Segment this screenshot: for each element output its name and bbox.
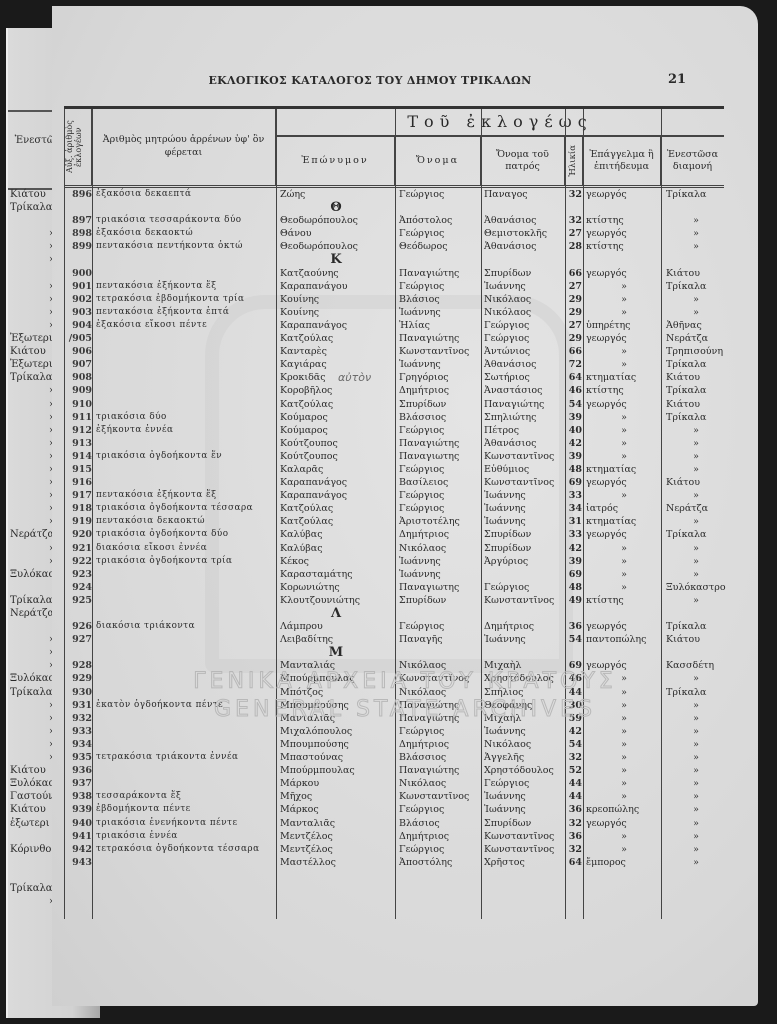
table-row: 921διακόσια εἴκοσι ἐννέαΚαλύβαςΝικόλαοςΣ… — [64, 542, 724, 555]
table-row: 937ΜάρκουΝικόλαοςΓεώργιος44»» — [64, 777, 724, 790]
surname-cell: Λάμπρου — [278, 620, 396, 633]
surname-cell: Κροκιδᾶς — [278, 371, 396, 384]
registry-number-words: ἑξήκοντα ἐννέα — [96, 424, 276, 437]
serial-number: 925 — [64, 594, 92, 607]
header-voter-group: Τοῦ ἐκλογέως — [276, 109, 724, 137]
table-row: 934ΜπουμπούσηςΔημήτριοςΝικόλαος54»» — [64, 738, 724, 751]
column-rule — [276, 109, 277, 919]
age-cell: 33 — [566, 528, 582, 541]
age-cell: 54 — [566, 633, 582, 646]
father-name-cell: Σπυρίδων — [482, 267, 566, 280]
first-name-cell: Θεόδωρος — [397, 240, 483, 253]
residence-cell: » — [664, 843, 726, 856]
registry-number-words: πεντακόσια ἑξήκοντα ἕξ — [96, 489, 276, 502]
first-name-cell: Σπυρίδων — [397, 594, 483, 607]
surname-cell: Θεοδωρόπουλος — [278, 240, 396, 253]
first-name-cell: Παναγιώτης — [397, 699, 483, 712]
surname-cell: Μπούρμπουλας — [278, 764, 396, 777]
column-rule — [92, 109, 93, 919]
table-row: 929ΜπούρμπουλαςΚωνσταντῖνοςΧρηστόδουλος4… — [64, 672, 724, 685]
occupation-cell: » — [584, 358, 662, 371]
age-cell: 34 — [566, 502, 582, 515]
serial-number: 901 — [64, 280, 92, 293]
residence-cell: » — [664, 555, 726, 568]
father-name-cell: Σπυρίδων — [482, 528, 566, 541]
father-name-cell: Ἀθανάσιος — [482, 240, 566, 253]
table-row: 900ΚατζαούνηςΠαναγιώτηςΣπυρίδων66γεωργός… — [64, 267, 724, 280]
serial-number: 942 — [64, 843, 92, 856]
first-name-cell: Ἀποστόλης — [397, 856, 483, 869]
surname-cell: Μπαστούνας — [278, 751, 396, 764]
occupation-cell: γεωργός — [584, 188, 662, 201]
first-name-cell: Παναγιώτης — [397, 332, 483, 345]
surname-cell: Κατζούλας — [278, 502, 396, 515]
age-cell: 27 — [566, 319, 582, 332]
alphabet-section-marker: Μ — [64, 646, 724, 659]
serial-number: 929 — [64, 672, 92, 685]
table-row: 939ἑβδομήκοντα πέντεΜάρκοςΓεώργιοςἸωάννη… — [64, 803, 724, 816]
serial-number: 943 — [64, 856, 92, 869]
serial-number: 927 — [64, 633, 92, 646]
occupation-cell: γεωργός — [584, 528, 662, 541]
serial-number: 933 — [64, 725, 92, 738]
table-row: 912ἑξήκοντα ἐννέαΚούμαροςΓεώργιοςΠέτρος4… — [64, 424, 724, 437]
serial-number: 938 — [64, 790, 92, 803]
residence-cell: » — [664, 777, 726, 790]
residence-cell: » — [664, 489, 726, 502]
age-cell: 39 — [566, 450, 582, 463]
column-rule — [481, 109, 482, 919]
surname-cell: Καλαρᾶς — [278, 463, 396, 476]
section-letter: Λ — [278, 607, 394, 620]
occupation-cell: » — [584, 437, 662, 450]
serial-number: 922 — [64, 555, 92, 568]
occupation-cell: » — [584, 450, 662, 463]
header-serial-label: Αὐξ. ἀριθμὸς ἐκλογέων — [65, 109, 83, 185]
age-cell: 32 — [566, 214, 582, 227]
occupation-cell: παντοπώλης — [584, 633, 662, 646]
occupation-cell: » — [584, 411, 662, 424]
registry-number-words: πεντακόσια ἑξήκοντα ἕξ — [96, 280, 276, 293]
father-name-cell: Σπυρίδων — [482, 817, 566, 830]
occupation-cell: γεωργός — [584, 267, 662, 280]
first-name-cell: Γεώργιος — [397, 463, 483, 476]
table-row: 910ΚατζούλαςΣπυρίδωνΠαναγιώτης54γεωργόςΚ… — [64, 398, 724, 411]
first-name-cell: Γεώργιος — [397, 843, 483, 856]
residence-cell: » — [664, 568, 726, 581]
age-cell: 42 — [566, 437, 582, 450]
first-name-cell: Γεώργιος — [397, 489, 483, 502]
occupation-cell: γεωργός — [584, 659, 662, 672]
serial-number: 908 — [64, 371, 92, 384]
residence-cell: Κιάτου — [664, 633, 726, 646]
registry-number-words: τριακόσια δύο — [96, 411, 276, 424]
serial-number: /905 — [64, 332, 92, 345]
table-row: 899πεντακόσια πεντήκοντα ὀκτώΘεοδωρόπουλ… — [64, 240, 724, 253]
father-name-cell: Ἀθανάσιος — [482, 437, 566, 450]
residence-cell: Κιάτου — [664, 398, 726, 411]
father-name-cell: Ἰωάννης — [482, 790, 566, 803]
first-name-cell: Παναγιωτης — [397, 450, 483, 463]
first-name-cell: Βλάσσιος — [397, 751, 483, 764]
residence-cell: Τρίκαλα — [664, 188, 726, 201]
father-name-cell: Δημήτριος — [482, 620, 566, 633]
registry-number-words: τριακόσια ἐνενήκοντα πέντε — [96, 817, 276, 830]
occupation-cell: γεωργός — [584, 398, 662, 411]
registry-number-words: ἑβδομήκοντα πέντε — [96, 803, 276, 816]
serial-number: 935 — [64, 751, 92, 764]
column-rule — [565, 109, 566, 919]
residence-cell: » — [664, 699, 726, 712]
serial-number: 941 — [64, 830, 92, 843]
serial-number: 897 — [64, 214, 92, 227]
occupation-cell: κτίστης — [584, 214, 662, 227]
age-cell: 29 — [566, 306, 582, 319]
serial-number: 932 — [64, 712, 92, 725]
occupation-cell: ἔμπορος — [584, 856, 662, 869]
serial-number: 909 — [64, 384, 92, 397]
age-cell: 36 — [566, 620, 582, 633]
father-name-cell: Ἰωάννης — [482, 803, 566, 816]
header-occupation: Ἐπάγγελμα ἢ ἐπιτήδευμα — [583, 137, 661, 185]
surname-cell: Κέκος — [278, 555, 396, 568]
surname-cell: Θάνου — [278, 227, 396, 240]
residence-cell: Κασσδέτη — [664, 659, 726, 672]
residence-cell: » — [664, 463, 726, 476]
father-name-cell: Γεώργιος — [482, 319, 566, 332]
father-name-cell: Παναγος — [482, 188, 566, 201]
surname-cell: Κατζούλας — [278, 398, 396, 411]
age-cell: 39 — [566, 555, 582, 568]
father-name-cell: Μιχαὴλ — [482, 659, 566, 672]
father-name-cell: Γεώργιος — [482, 777, 566, 790]
father-name-cell: Ἀγγελῆς — [482, 751, 566, 764]
age-cell: 48 — [566, 463, 582, 476]
surname-cell: Καρασταμάτης — [278, 568, 396, 581]
serial-number: 896 — [64, 188, 92, 201]
registry-number-words: ἑξακόσια δεκαοκτώ — [96, 227, 276, 240]
residence-cell: Κιάτου — [664, 476, 726, 489]
occupation-cell: » — [584, 725, 662, 738]
father-name-cell: Ἰωάννης — [482, 280, 566, 293]
serial-number: 918 — [64, 502, 92, 515]
surname-cell: Μεντζέλος — [278, 830, 396, 843]
table-header: Αὐξ. ἀριθμὸς ἐκλογέων Ἀριθμὸς μητρώου ἀρ… — [64, 109, 724, 188]
age-cell: 66 — [566, 267, 582, 280]
first-name-cell: Γεώργιος — [397, 803, 483, 816]
occupation-cell: » — [584, 542, 662, 555]
age-cell: 54 — [566, 398, 582, 411]
residence-cell: Τρίκαλα — [664, 686, 726, 699]
residence-cell: Τρίκαλα — [664, 358, 726, 371]
table-row: 927ΛειβαδίτηςΠαναγῆςἸωάννης54παντοπώληςΚ… — [64, 633, 724, 646]
surname-cell: Κανταρὲς — [278, 345, 396, 358]
occupation-cell: » — [584, 424, 662, 437]
registry-number-words: διακόσια τριάκοντα — [96, 620, 276, 633]
registry-number-words: τριακόσια ὀγδοήκοντα ἕν — [96, 450, 276, 463]
father-name-cell: Μιχαὴλ — [482, 712, 566, 725]
table-row: 902τετρακόσια ἑβδομήκοντα τρίαΚουίνηςΒλά… — [64, 293, 724, 306]
residence-cell: » — [664, 856, 726, 869]
table-row: 923ΚαρασταμάτηςἸωάννης69»» — [64, 568, 724, 581]
residence-cell: » — [664, 240, 726, 253]
age-cell: 30 — [566, 699, 582, 712]
age-cell: 66 — [566, 345, 582, 358]
surname-cell: Κατζούλας — [278, 332, 396, 345]
first-name-cell: Γεώργιος — [397, 502, 483, 515]
surname-cell: Μπουμπούσης — [278, 699, 396, 712]
surname-cell: Καραπανάγου — [278, 280, 396, 293]
table-row: 914τριακόσια ὀγδοήκοντα ἕνΚούτζουποςΠανα… — [64, 450, 724, 463]
first-name-cell: Γεώργιος — [397, 227, 483, 240]
alphabet-section-marker: Θ — [64, 201, 724, 214]
first-name-cell: Κωνσταντῖνος — [397, 790, 483, 803]
table-row: 909ΚοροβῆλοςΔημήτριοςἈναστάσιος46κτίστης… — [64, 384, 724, 397]
surname-cell: Κουίνης — [278, 306, 396, 319]
residence-cell: Ξυλόκαστρον — [664, 581, 726, 594]
occupation-cell: κρεοπώλης — [584, 803, 662, 816]
age-cell: 69 — [566, 659, 582, 672]
serial-number: 939 — [64, 803, 92, 816]
occupation-cell: γεωργός — [584, 476, 662, 489]
residence-cell: » — [664, 830, 726, 843]
header-age: Ἡλικία — [565, 137, 583, 185]
father-name-cell: Ἀθανάσιος — [482, 358, 566, 371]
serial-number: 940 — [64, 817, 92, 830]
father-name-cell: Κωνσταντῖνος — [482, 476, 566, 489]
surname-cell: Καγιάρας — [278, 358, 396, 371]
residence-cell: » — [664, 672, 726, 685]
occupation-cell: κτηματίας — [584, 371, 662, 384]
column-rule — [64, 109, 65, 919]
father-name-cell: Σπήλιος — [482, 686, 566, 699]
serial-number: 917 — [64, 489, 92, 502]
age-cell: 33 — [566, 489, 582, 502]
first-name-cell: Γρηγόριος — [397, 371, 483, 384]
table-row: 925ΚλουτζουνιώτηςΣπυρίδωνΚωνσταντῖνος49κ… — [64, 594, 724, 607]
first-name-cell: Ἰωάννης — [397, 568, 483, 581]
age-cell: 49 — [566, 594, 582, 607]
header-surname: Ἐπώνυμον — [276, 137, 395, 185]
header-first-name: Ὄνομα — [395, 137, 481, 185]
header-residence: Ἐνεστῶσα διαμονή — [661, 137, 724, 185]
residence-cell: » — [664, 725, 726, 738]
father-name-cell: Νικόλαος — [482, 293, 566, 306]
first-name-cell: Παναγῆς — [397, 633, 483, 646]
age-cell: 27 — [566, 280, 582, 293]
first-name-cell: Νικόλαος — [397, 659, 483, 672]
age-cell: 39 — [566, 411, 582, 424]
residence-cell: » — [664, 594, 726, 607]
first-name-cell: Παναγιωτης — [397, 581, 483, 594]
first-name-cell: Ἀπόστολος — [397, 214, 483, 227]
surname-cell: Καραπανάγος — [278, 476, 396, 489]
father-name-cell: Γεώργιος — [482, 332, 566, 345]
occupation-cell: » — [584, 280, 662, 293]
age-cell: 42 — [566, 725, 582, 738]
surname-cell: Κούμαρος — [278, 411, 396, 424]
occupation-cell: ὑπηρέτης — [584, 319, 662, 332]
residence-cell: Τρίκαλα — [664, 384, 726, 397]
serial-number: 930 — [64, 686, 92, 699]
age-cell: 69 — [566, 568, 582, 581]
father-name-cell: Νικόλαος — [482, 738, 566, 751]
table-row: 916ΚαραπανάγοςΒασίλειοςΚωνσταντῖνος69γεω… — [64, 476, 724, 489]
father-name-cell: Παναγιώτης — [482, 398, 566, 411]
father-name-cell: Σωτήριος — [482, 371, 566, 384]
age-cell: 27 — [566, 227, 582, 240]
age-cell: 69 — [566, 476, 582, 489]
occupation-cell: » — [584, 306, 662, 319]
first-name-cell: Δημήτριος — [397, 384, 483, 397]
first-name-cell: Παναγιώτης — [397, 267, 483, 280]
serial-number: 924 — [64, 581, 92, 594]
serial-number: 904 — [64, 319, 92, 332]
surname-cell: Μανταλιᾶς — [278, 817, 396, 830]
table-row: 907ΚαγιάραςἸωάννηςἈθανάσιος72»Τρίκαλα — [64, 358, 724, 371]
registry-number-words: τριακόσια τεσσαράκοντα δύο — [96, 214, 276, 227]
age-cell: 48 — [566, 581, 582, 594]
surname-cell: Καραπανάγος — [278, 319, 396, 332]
occupation-cell: » — [584, 712, 662, 725]
age-cell: 42 — [566, 542, 582, 555]
registry-number-words: τετρακόσια ὀγδοήκοντα τέσσαρα — [96, 843, 276, 856]
father-name-cell: Θεμιστοκλῆς — [482, 227, 566, 240]
residence-cell: » — [664, 817, 726, 830]
surname-cell: Μῆχος — [278, 790, 396, 803]
father-name-cell: Ἀντώνιος — [482, 345, 566, 358]
surname-cell: Καλύβας — [278, 542, 396, 555]
serial-number: 899 — [64, 240, 92, 253]
table-row: 903πεντακόσια ἑξήκοντα ἑπτάΚουίνηςἸωάννη… — [64, 306, 724, 319]
table-row: 930ΜπότζοςΝικόλαοςΣπήλιος44»Τρίκαλα — [64, 686, 724, 699]
occupation-cell: κτίστης — [584, 384, 662, 397]
surname-cell: Κορωνιώτης — [278, 581, 396, 594]
father-name-cell: Νικόλαος — [482, 306, 566, 319]
table-row: 932ΜανταλιᾶςΠαναγιώτηςΜιχαὴλ59»» — [64, 712, 724, 725]
age-cell: 44 — [566, 790, 582, 803]
column-rule — [395, 109, 396, 919]
first-name-cell: Γεώργιος — [397, 725, 483, 738]
surname-cell: Μπότζος — [278, 686, 396, 699]
father-name-cell: Χρῆστος — [482, 856, 566, 869]
occupation-cell: » — [584, 699, 662, 712]
occupation-cell: » — [584, 777, 662, 790]
serial-number: 912 — [64, 424, 92, 437]
surname-cell: Κουίνης — [278, 293, 396, 306]
residence-cell: » — [664, 542, 726, 555]
first-name-cell: Γεώργιος — [397, 280, 483, 293]
first-name-cell: Βλάσσιος — [397, 411, 483, 424]
residence-cell: Κιάτου — [664, 267, 726, 280]
surname-cell: Λειβαδίτης — [278, 633, 396, 646]
age-cell: 28 — [566, 240, 582, 253]
serial-number: 902 — [64, 293, 92, 306]
occupation-cell: κτηματίας — [584, 463, 662, 476]
surname-cell: Μανταλιάς — [278, 659, 396, 672]
table-row: 938τεσσαράκοντα ἕξΜῆχοςΚωνσταντῖνοςἸωάνν… — [64, 790, 724, 803]
registry-number-words: διακόσια εἴκοσι ἐννέα — [96, 542, 276, 555]
page-number: 21 — [668, 72, 686, 87]
table-row: 898ἑξακόσια δεκαοκτώΘάνουΓεώργιοςΘεμιστο… — [64, 227, 724, 240]
surname-cell: Κούτζουπος — [278, 450, 396, 463]
surname-cell: Μπουμπούσης — [278, 738, 396, 751]
age-cell: 64 — [566, 856, 582, 869]
serial-number: 934 — [64, 738, 92, 751]
age-cell: 46 — [566, 384, 582, 397]
registry-number-words: πεντακόσια πεντήκοντα ὀκτώ — [96, 240, 276, 253]
occupation-cell: γεωργός — [584, 817, 662, 830]
age-cell: 29 — [566, 332, 582, 345]
first-name-cell: Ἰωάννης — [397, 555, 483, 568]
table-row: 919πεντακόσια δεκαοκτώΚατζούλαςἈριστοτέλ… — [64, 515, 724, 528]
table-row: 901πεντακόσια ἑξήκοντα ἕξΚαραπανάγουΓεώρ… — [64, 280, 724, 293]
surname-cell: Κοροβῆλος — [278, 384, 396, 397]
surname-cell: Κατζαούνης — [278, 267, 396, 280]
residence-cell: Τρηπισούνη — [664, 345, 726, 358]
table-row: 908ΚροκιδᾶςΓρηγόριοςΣωτήριος64κτηματίαςΚ… — [64, 371, 724, 384]
serial-number: 914 — [64, 450, 92, 463]
section-letter: Κ — [278, 253, 394, 266]
occupation-cell: γεωργός — [584, 332, 662, 345]
serial-number: 903 — [64, 306, 92, 319]
serial-number: 920 — [64, 528, 92, 541]
column-rule — [661, 109, 662, 919]
father-name-cell: Ἰωάννης — [482, 633, 566, 646]
residence-cell: » — [664, 515, 726, 528]
registry-number-words: ἑκατὸν ὀγδοήκοντα πέντε — [96, 699, 276, 712]
table-row: 940τριακόσια ἐνενήκοντα πέντεΜανταλιᾶςΒλ… — [64, 817, 724, 830]
section-letter: Θ — [278, 201, 394, 214]
table-row: 933ΜιχαλόπουλοςΓεώργιοςἸωάννης42»» — [64, 725, 724, 738]
residence-cell: » — [664, 790, 726, 803]
table-row: 913ΚούτζουποςΠαναγιώτηςἈθανάσιος42»» — [64, 437, 724, 450]
father-name-cell: Ἰωάννης — [482, 489, 566, 502]
registry-number-words: τεσσαράκοντα ἕξ — [96, 790, 276, 803]
age-cell: 32 — [566, 751, 582, 764]
registry-number-words: τετρακόσια τριάκοντα ἐννέα — [96, 751, 276, 764]
serial-number: 919 — [64, 515, 92, 528]
father-name-cell: Χρηστόδουλος — [482, 764, 566, 777]
alphabet-section-marker: Λ — [64, 607, 724, 620]
age-cell: 32 — [566, 188, 582, 201]
table-row: 926διακόσια τριάκονταΛάμπρουΓεώργιοςΔημή… — [64, 620, 724, 633]
first-name-cell: Δημήτριος — [397, 528, 483, 541]
registry-number-words: ἑξακόσια εἴκοσι πέντε — [96, 319, 276, 332]
age-cell: 29 — [566, 293, 582, 306]
occupation-cell: ἰατρός — [584, 502, 662, 515]
occupation-cell: κτηματίας — [584, 515, 662, 528]
father-name-cell: Κωνσταντῖνος — [482, 843, 566, 856]
surname-cell: Μιχαλόπουλος — [278, 725, 396, 738]
father-name-cell: Ἰωάννης — [482, 725, 566, 738]
serial-number: 923 — [64, 568, 92, 581]
registry-number-words: πεντακόσια δεκαοκτώ — [96, 515, 276, 528]
serial-number: 916 — [64, 476, 92, 489]
first-name-cell: Κωνσταντῖνος — [397, 672, 483, 685]
first-name-cell: Παναγιώτης — [397, 764, 483, 777]
age-cell: 36 — [566, 830, 582, 843]
father-name-cell: Κωνσταντῖνος — [482, 450, 566, 463]
section-letter: Μ — [278, 646, 394, 659]
first-name-cell: Κωνσταντῖνος — [397, 345, 483, 358]
serial-number: 928 — [64, 659, 92, 672]
occupation-cell: » — [584, 843, 662, 856]
father-name-cell: Θεοφάνης — [482, 699, 566, 712]
first-name-cell: Γεώργιος — [397, 620, 483, 633]
serial-number: 931 — [64, 699, 92, 712]
father-name-cell: Γεώργιος — [482, 581, 566, 594]
